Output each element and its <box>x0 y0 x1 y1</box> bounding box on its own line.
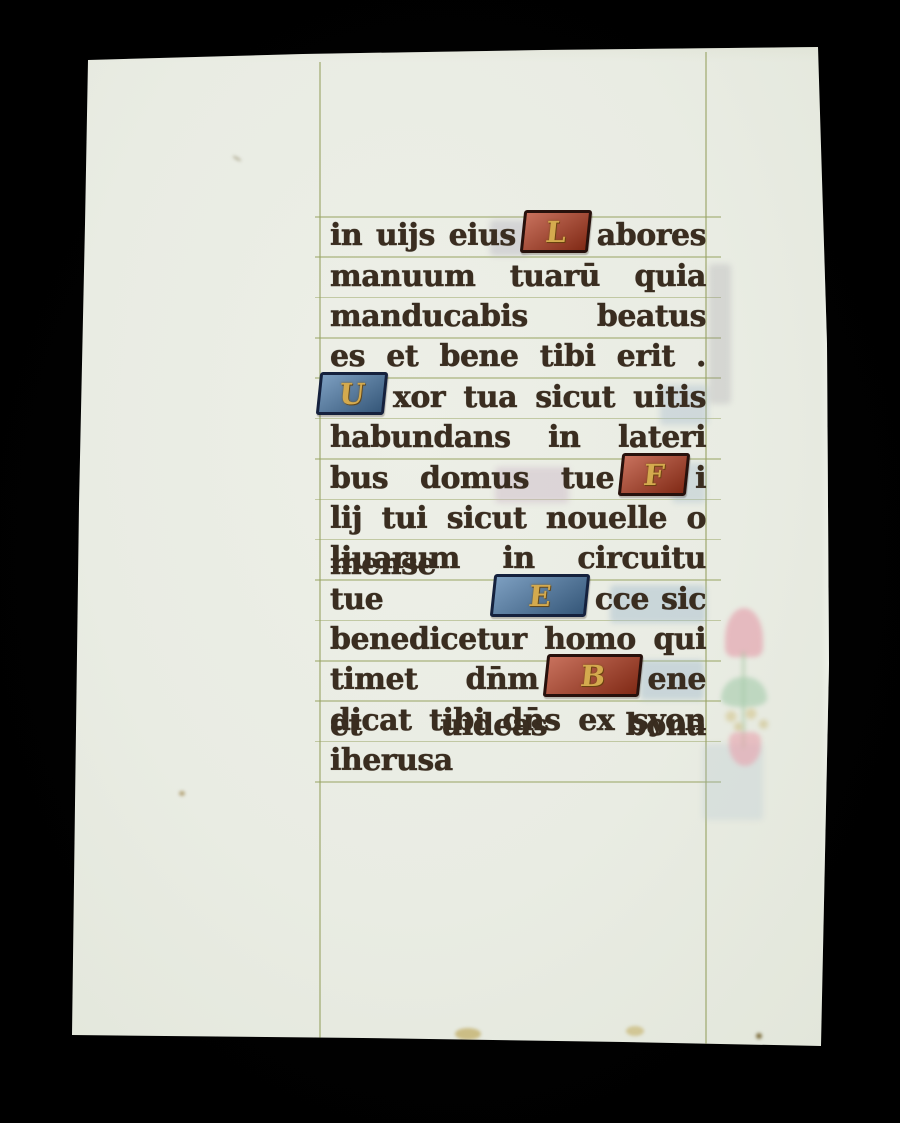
floral-showthrough-leaf <box>721 677 767 707</box>
text-line: Uxor tua sicut uitis <box>322 377 708 417</box>
text-line: in uijs eiusLabores <box>322 216 708 256</box>
ruling-horizontal-line <box>315 781 721 783</box>
scratch-mark <box>232 155 242 163</box>
text-block: in uijs eiusLaboresmanuum tuarū quiamand… <box>322 216 708 781</box>
text-run: bus domus tue <box>330 461 614 496</box>
text-run: in uijs eius <box>330 218 516 253</box>
manuscript-leaf: in uijs eiusLaboresmanuum tuarū quiamand… <box>63 44 835 1052</box>
text-run: benedicetur homo qui <box>330 622 706 657</box>
text-line: et uideas bona iherusa <box>322 741 708 781</box>
text-run: xor tua sicut uitis <box>393 380 706 415</box>
illuminated-initial-E: E <box>490 574 591 617</box>
text-run: i <box>695 461 706 496</box>
showthrough-patch <box>709 264 731 404</box>
text-line: timet dn̄mBene <box>322 660 708 700</box>
text-run: manducabis beatus <box>330 299 706 334</box>
floral-showthrough-tulip <box>725 608 763 657</box>
text-line: bus domus tueFi <box>322 458 708 498</box>
stain <box>179 791 185 796</box>
photo-background: in uijs eiusLaboresmanuum tuarū quiamand… <box>0 0 900 1123</box>
stain <box>626 1026 644 1036</box>
text-run: mense tue <box>330 547 486 617</box>
text-line: manducabis beatus <box>322 297 708 337</box>
text-line: benedicetur homo qui <box>322 620 708 660</box>
text-line: lij tui sicut nouelle o <box>322 499 708 539</box>
text-run: es et bene tibi erit . <box>330 339 706 374</box>
text-run: abores <box>597 218 706 253</box>
text-run: et uideas bona iherusa <box>330 708 706 778</box>
ruling-vertical-left <box>319 62 321 1040</box>
floral-showthrough-berries <box>721 706 771 732</box>
stain <box>756 1033 762 1039</box>
text-run: timet dn̄m <box>330 662 539 697</box>
text-run: habundans in lateri <box>330 420 706 455</box>
text-line: manuum tuarū quia <box>322 256 708 296</box>
stain <box>455 1028 481 1040</box>
illuminated-initial-F: F <box>618 453 691 496</box>
illuminated-initial-B: B <box>542 654 643 697</box>
text-run: ene <box>648 662 707 697</box>
text-run: cce sic <box>595 582 706 617</box>
text-run: lij tui sicut nouelle o <box>330 501 706 536</box>
text-run: manuum tuarū quia <box>330 259 706 294</box>
illuminated-initial-U: U <box>316 372 389 415</box>
text-line: mense tueEcce sic <box>322 579 708 619</box>
illuminated-initial-L: L <box>520 210 593 253</box>
